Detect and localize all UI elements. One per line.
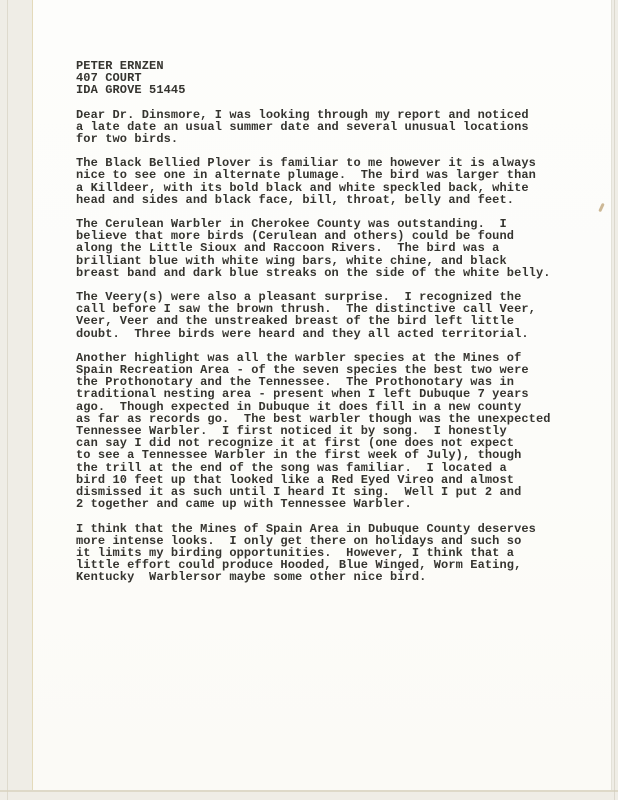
paragraph-black-bellied-plover: The Black Bellied Plover is familiar to … [76,157,576,206]
paper-right-edge [614,0,615,800]
paper-bottom-edge [0,790,618,792]
paragraph-cerulean-warbler: The Cerulean Warbler in Cherokee County … [76,218,576,279]
sender-address: PETER ERNZEN 407 COURT IDA GROVE 51445 [76,60,576,97]
letter-content: PETER ERNZEN 407 COURT IDA GROVE 51445 D… [76,60,576,596]
paragraph-salutation: Dear Dr. Dinsmore, I was looking through… [76,109,576,146]
scan-crease-line [7,0,8,800]
sender-name: PETER ERNZEN [76,60,576,72]
paragraph-mines-of-spain-warblers: Another highlight was all the warbler sp… [76,352,576,511]
sender-city-zip: IDA GROVE 51445 [76,84,576,96]
paragraph-closing-thoughts: I think that the Mines of Spain Area in … [76,523,576,584]
paragraph-veery: The Veery(s) were also a pleasant surpri… [76,291,576,340]
